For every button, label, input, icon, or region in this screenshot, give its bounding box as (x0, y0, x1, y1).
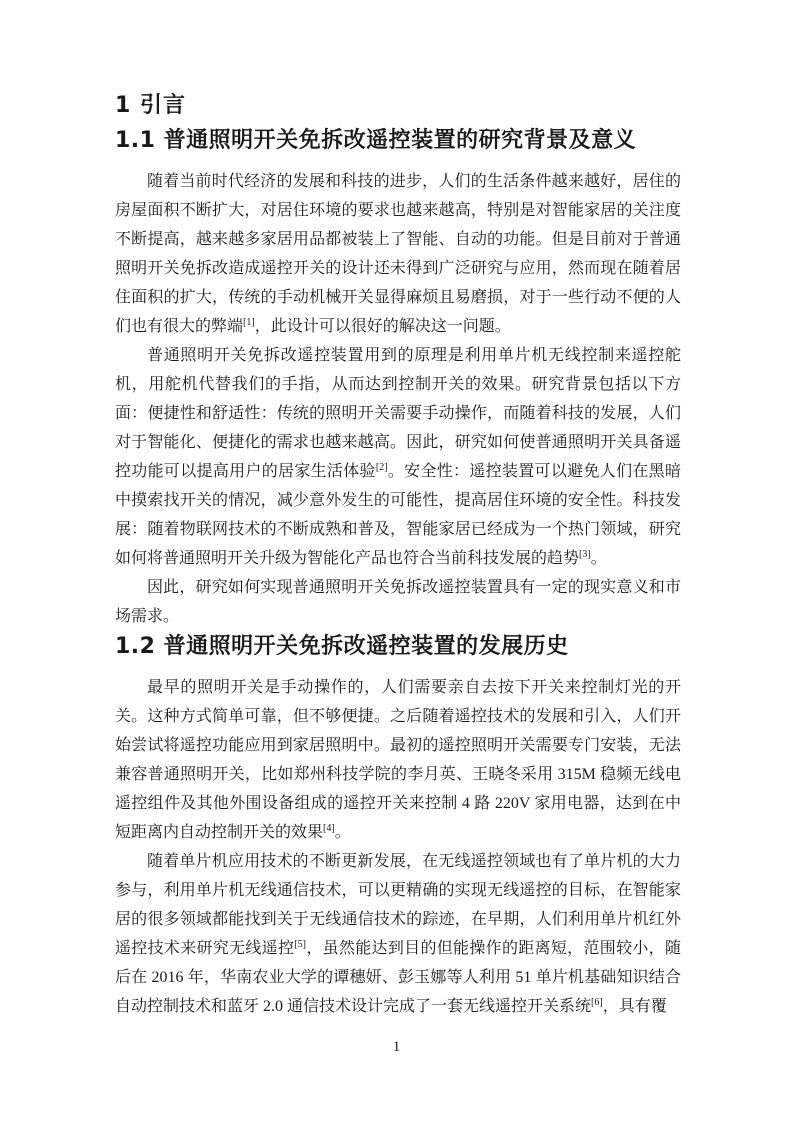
body-paragraph: 因此，研究如何实现普通照明开关免拆改遥控装置具有一定的现实意义和市场需求。 (115, 573, 681, 631)
citation-reference: [5] (294, 939, 306, 950)
citation-reference: [2] (376, 462, 388, 473)
document-content: 1 引言1.1 普通照明开关免拆改遥控装置的研究背景及意义随着当前时代经济的发展… (115, 93, 681, 1021)
chapter-heading: 1 引言 (115, 93, 681, 119)
body-paragraph: 最早的照明开关是手动操作的，人们需要亲自去按下开关来控制灯光的开关。这种方式简单… (115, 673, 681, 847)
citation-reference: [3] (579, 549, 591, 560)
citation-reference: [4] (323, 823, 335, 834)
body-paragraph: 随着当前时代经济的发展和科技的进步，人们的生活条件越来越好，居住的房屋面积不断扩… (115, 167, 681, 341)
page-number: 1 (0, 1038, 793, 1056)
section-heading: 1.2 普通照明开关免拆改遥控装置的发展历史 (115, 633, 681, 660)
citation-reference: [1] (243, 317, 255, 328)
document-page: 1 引言1.1 普通照明开关免拆改遥控装置的研究背景及意义随着当前时代经济的发展… (0, 0, 793, 1122)
section-heading: 1.1 普通照明开关免拆改遥控装置的研究背景及意义 (115, 127, 681, 154)
citation-reference: [6] (591, 997, 603, 1008)
body-paragraph: 随着单片机应用技术的不断更新发展，在无线遥控领域也有了单片机的大力参与，利用单片… (115, 847, 681, 1021)
body-paragraph: 普通照明开关免拆改遥控装置用到的原理是利用单片机无线控制来遥控舵机，用舵机代替我… (115, 341, 681, 573)
